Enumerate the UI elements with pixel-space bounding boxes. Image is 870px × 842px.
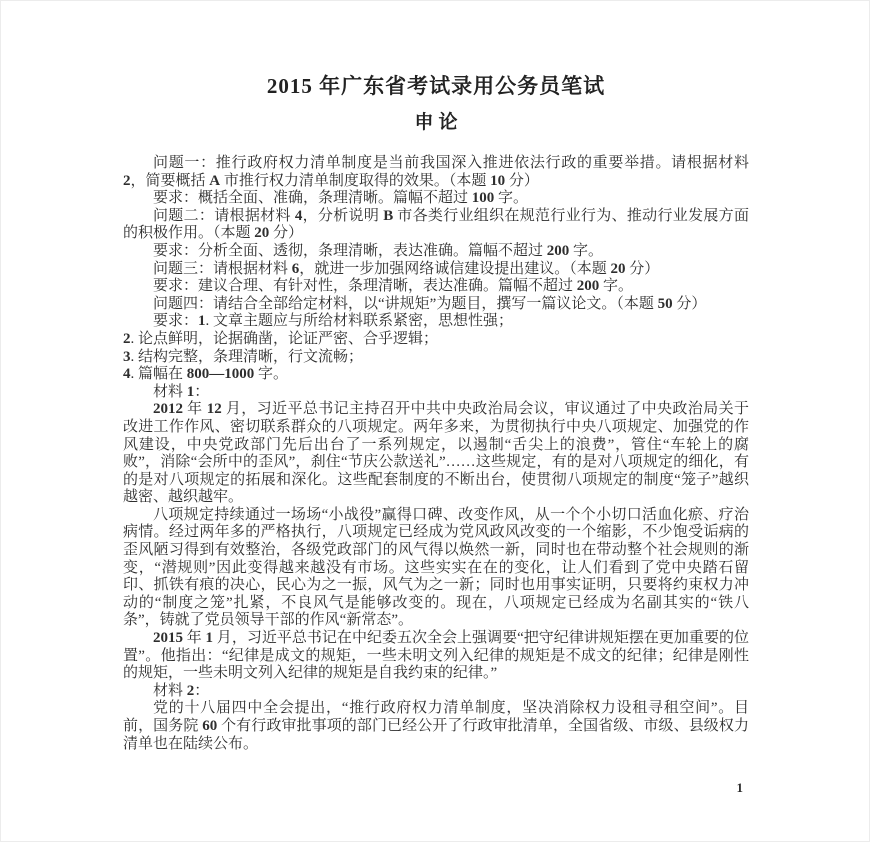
exam-title: 2015 年广东省考试录用公务员笔试	[123, 73, 749, 100]
exam-subtitle: 申论	[123, 111, 749, 135]
question-4-prompt: 问题四：请结合全部给定材料，以“讲规矩”为题目，撰写一篇议论文。（本题 50 分…	[123, 296, 749, 314]
question-1-prompt: 问题一：推行政府权力清单制度是当前我国深入推进依法行政的重要举措。请根据材料 2…	[123, 155, 749, 190]
question-3-requirement: 要求：建议合理、有针对性，条理清晰，表达准确。篇幅不超过 200 字。	[123, 278, 749, 296]
question-4-requirement-1: 要求：1. 文章主题应与所给材料联系紧密，思想性强；	[123, 313, 749, 331]
question-1-requirement: 要求：概括全面、准确，条理清晰。篇幅不超过 100 字。	[123, 190, 749, 208]
questions-section: 问题一：推行政府权力清单制度是当前我国深入推进依法行政的重要举措。请根据材料 2…	[123, 155, 749, 384]
page-content: 2015 年广东省考试录用公务员笔试 申论 问题一：推行政府权力清单制度是当前我…	[1, 1, 869, 753]
material-2-label: 材料 2：	[123, 683, 749, 701]
material-1-paragraph-1: 2012 年 12 月，习近平总书记主持召开中共中央政治局会议，审议通过了中央政…	[123, 401, 749, 507]
material-1-paragraph-2: 八项规定持续通过一场场“小战役”赢得口碑、改变作风，从一个个小切口活血化瘀、疗治…	[123, 507, 749, 630]
materials-section: 材料 1： 2012 年 12 月，习近平总书记主持召开中共中央政治局会议，审议…	[123, 384, 749, 753]
question-4-requirement-3: 3. 结构完整，条理清晰，行文流畅；	[123, 349, 749, 367]
document-body: 问题一：推行政府权力清单制度是当前我国深入推进依法行政的重要举措。请根据材料 2…	[123, 155, 749, 753]
question-4-requirement-4: 4. 篇幅在 800—1000 字。	[123, 366, 749, 384]
document-page: { "doc": { "title": "2015 年广东省考试录用公务员笔试"…	[0, 0, 870, 842]
material-2-paragraph-1: 党的十八届四中全会提出，“推行政府权力清单制度，坚决消除权力设租寻租空间”。目前…	[123, 700, 749, 753]
material-1-label: 材料 1：	[123, 384, 749, 402]
question-2-requirement: 要求：分析全面、透彻，条理清晰，表达准确。篇幅不超过 200 字。	[123, 243, 749, 261]
question-2-prompt: 问题二：请根据材料 4，分析说明 B 市各类行业组织在规范行业行为、推动行业发展…	[123, 208, 749, 243]
question-4-requirement-2: 2. 论点鲜明，论据确凿，论证严密、合乎逻辑；	[123, 331, 749, 349]
material-1-paragraph-3: 2015 年 1 月，习近平总书记在中纪委五次全会上强调要“把守纪律讲规矩摆在更…	[123, 630, 749, 683]
question-3-prompt: 问题三：请根据材料 6，就进一步加强网络诚信建设提出建议。（本题 20 分）	[123, 261, 749, 279]
page-number: 1	[737, 780, 744, 796]
